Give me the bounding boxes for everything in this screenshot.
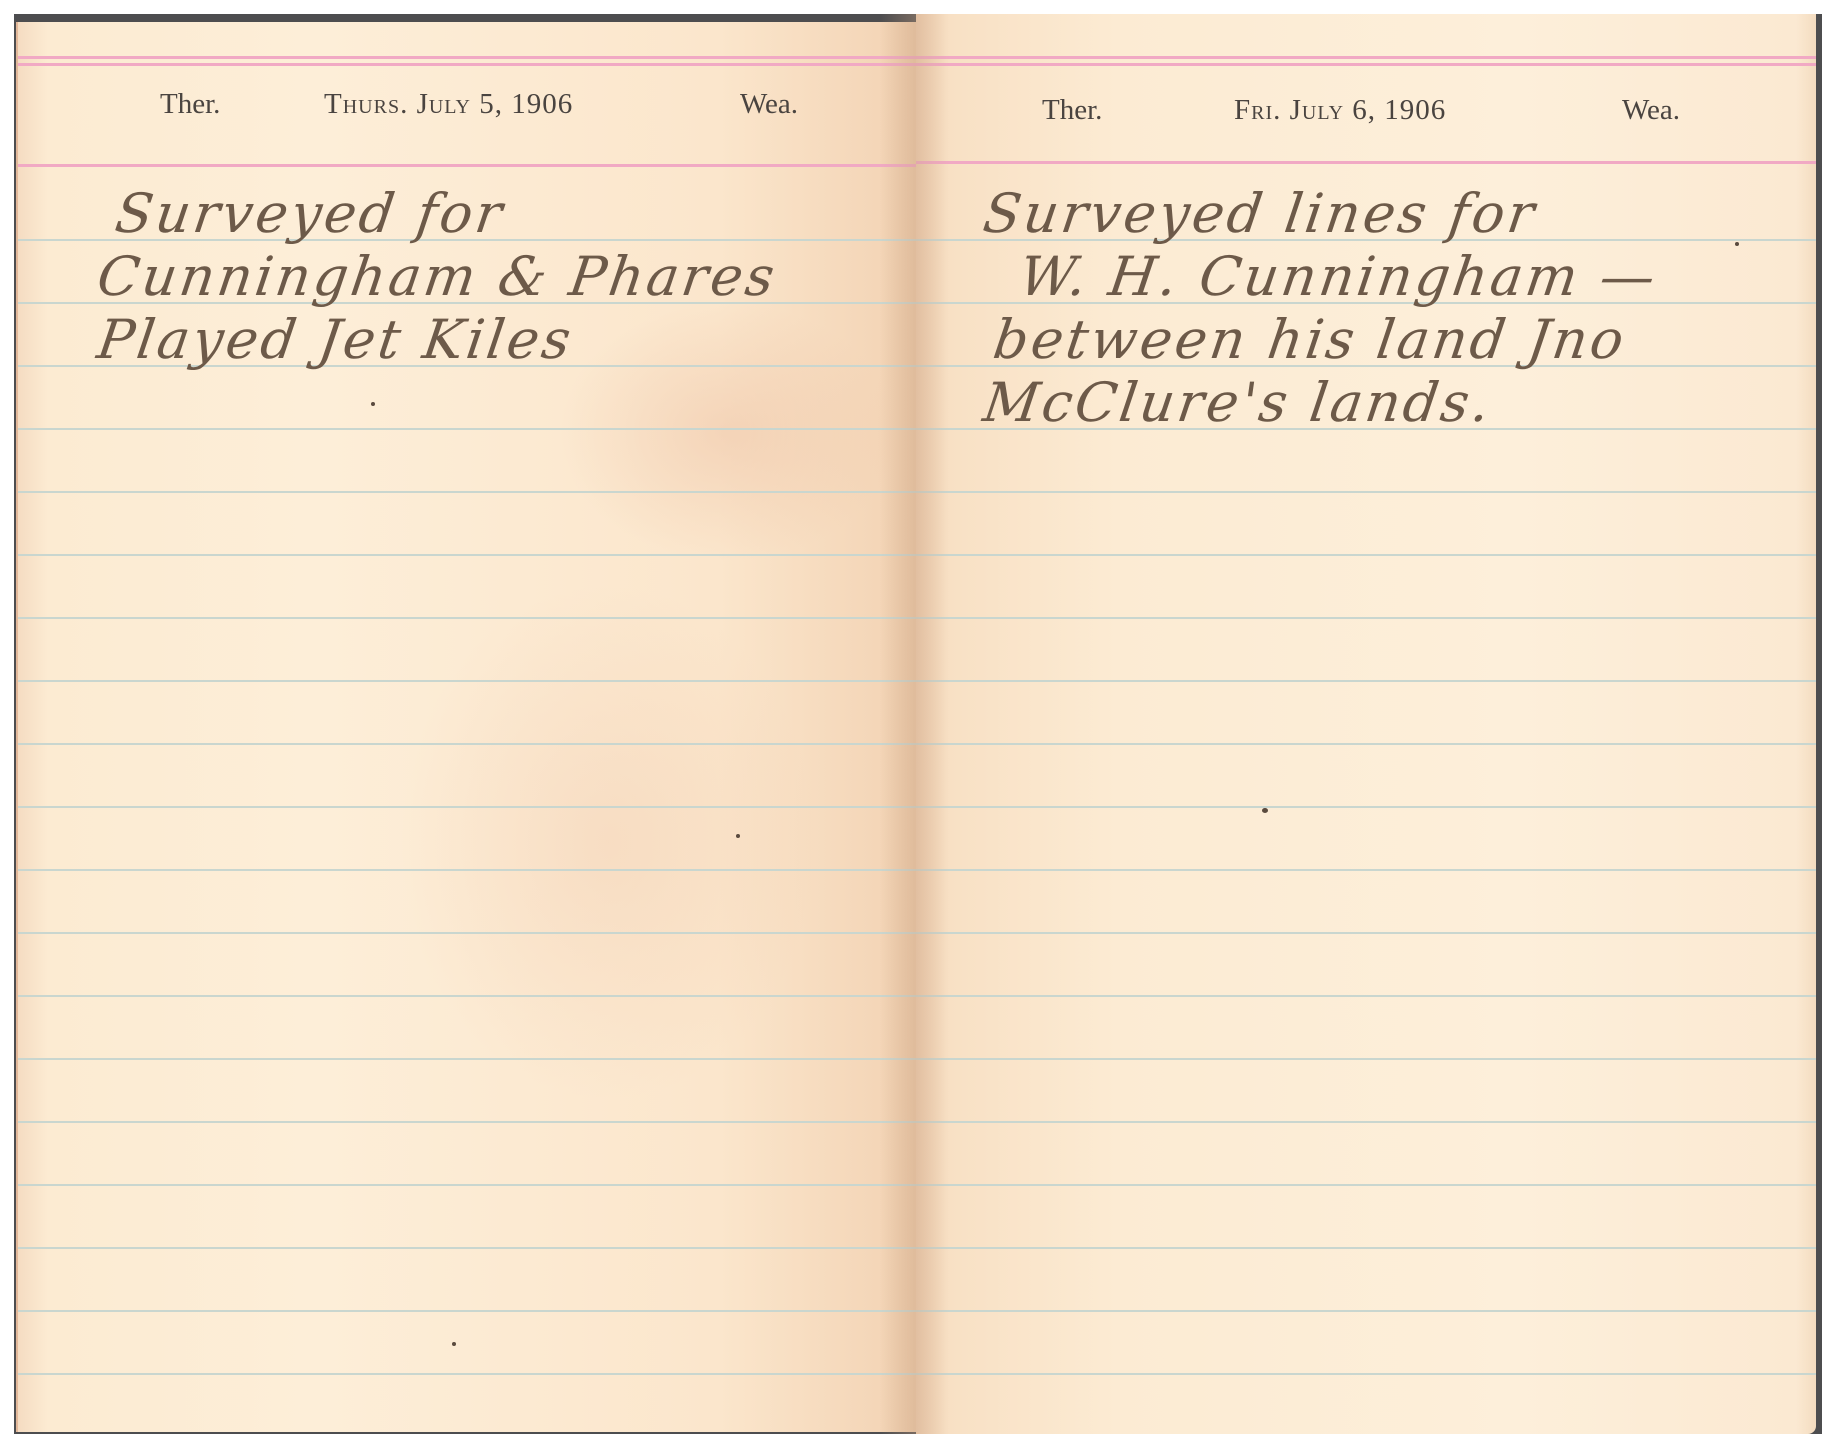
ruled-line: [916, 869, 1816, 871]
ruled-line: [916, 1058, 1816, 1060]
ther-label: Ther.: [160, 88, 220, 121]
wea-label: Wea.: [1622, 94, 1680, 127]
ruled-line: [916, 995, 1816, 997]
ther-label: Ther.: [1042, 94, 1102, 127]
right-page-header: Ther. Fri. July 6, 1906 Wea.: [916, 94, 1816, 134]
header-pink-rule: [18, 164, 918, 167]
top-pink-rule: [916, 63, 1816, 66]
handwritten-entry: Surveyed lines for W. H. Cunningham — be…: [984, 182, 1816, 434]
ruled-line: [18, 806, 918, 808]
entry-line: McClure's lands.: [980, 371, 1816, 434]
ink-speck: [452, 1342, 456, 1346]
ruled-line: [916, 554, 1816, 556]
ruled-line: [916, 1184, 1816, 1186]
ruled-line: [18, 1373, 918, 1375]
ruled-line: [18, 428, 918, 430]
ruled-line: [18, 1058, 918, 1060]
entry-line: Surveyed for: [112, 182, 918, 245]
ruled-line: [916, 1373, 1816, 1375]
ruled-line: [916, 743, 1816, 745]
top-pink-rule: [916, 56, 1816, 59]
ruled-line: [18, 617, 918, 619]
ruled-line: [916, 617, 1816, 619]
page-date: Fri. July 6, 1906: [1234, 94, 1446, 127]
ruled-line: [916, 806, 1816, 808]
ruled-line: [916, 680, 1816, 682]
entry-line: Surveyed lines for: [980, 182, 1816, 245]
ruled-line: [18, 491, 918, 493]
right-page: Ther. Fri. July 6, 1906 Wea. Surveyed li…: [916, 14, 1816, 1434]
ruled-line: [916, 1121, 1816, 1123]
left-page-header: Ther. Thurs. July 5, 1906 Wea.: [18, 88, 918, 128]
ruled-line: [18, 680, 918, 682]
ruled-line: [916, 932, 1816, 934]
wea-label: Wea.: [740, 88, 798, 121]
entry-line: between his land Jno: [990, 308, 1816, 371]
ruled-line: [916, 491, 1816, 493]
ruled-line: [18, 743, 918, 745]
ruled-line: [916, 1247, 1816, 1249]
top-pink-rule: [18, 63, 918, 66]
ruled-line: [18, 1121, 918, 1123]
entry-line: Cunningham & Phares: [94, 245, 918, 308]
paper-stain: [398, 582, 818, 1102]
ruled-line: [18, 995, 918, 997]
left-page: Ther. Thurs. July 5, 1906 Wea. Surveyed …: [16, 22, 918, 1432]
entry-line: W. H. Cunningham —: [1016, 245, 1816, 308]
ruled-line: [18, 554, 918, 556]
ruled-line: [18, 932, 918, 934]
entry-line: Played Jet Kiles: [94, 308, 918, 371]
ink-speck: [1262, 808, 1268, 813]
ink-speck: [371, 402, 375, 406]
ruled-line: [18, 1184, 918, 1186]
page-date: Thurs. July 5, 1906: [324, 88, 573, 121]
ruled-line: [18, 1247, 918, 1249]
ruled-line: [18, 1310, 918, 1312]
ruled-line: [18, 869, 918, 871]
handwritten-entry: Surveyed for Cunningham & Phares Played …: [98, 182, 918, 371]
ink-speck: [736, 834, 740, 838]
ink-speck: [1735, 242, 1739, 246]
ruled-line: [916, 1310, 1816, 1312]
header-pink-rule: [916, 161, 1816, 164]
top-pink-rule: [18, 56, 918, 59]
